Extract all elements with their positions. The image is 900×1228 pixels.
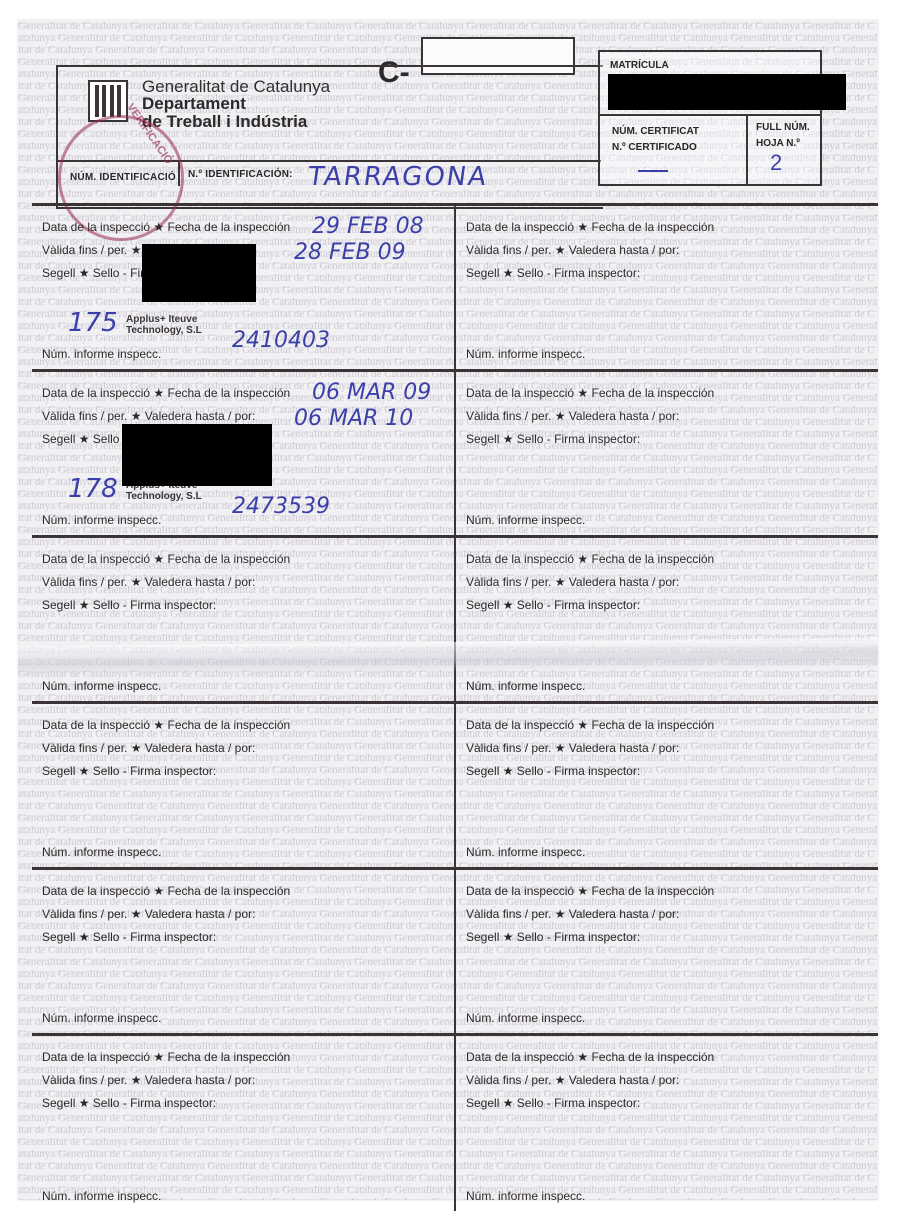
inspection-entry: Data de la inspecció ★ Fecha de la inspe… [32,372,454,535]
certificate-label-ca: NÚM. CERTIFICAT [612,126,699,137]
inspection-entry: Data de la inspecció ★ Fecha de la inspe… [454,704,878,867]
valid-until-label: Vàlida fins / per. ★ Valedera hasta / po… [466,903,878,926]
inspection-row: Data de la inspecció ★ Fecha de la inspe… [32,535,878,701]
department-name: Departament de Treball i Indústria [142,95,307,131]
seal-signature-label: Segell ★ Sello - Firma inspector: [466,262,878,285]
inspection-entry: Data de la inspecció ★ Fecha de la inspe… [454,870,878,1033]
inspection-entry: Data de la inspecció ★ Fecha de la inspe… [32,206,454,369]
report-number-label: Núm. informe inspecc. [466,347,585,361]
inspection-entry: Data de la inspecció ★ Fecha de la inspe… [32,1036,454,1211]
sheet-label-ca: FULL NÚM. [756,122,810,133]
plate-split-rule [600,114,820,116]
report-number-label: Núm. informe inspecc. [42,679,161,693]
inspection-date-label: Data de la inspecció ★ Fecha de la inspe… [42,714,454,737]
valid-until-label: Vàlida fins / per. ★ Valedera hasta / po… [466,1069,878,1092]
signature-mark: 178 [68,474,118,504]
valid-until-value[interactable]: 06 MAR 10 [294,406,413,431]
inspection-entry: Data de la inspecció ★ Fecha de la inspe… [454,1036,878,1211]
seal-signature-label: Segell ★ Sello - Firma inspector: [466,428,878,451]
seal-signature-label: Segell ★ Sello - Firma inspector: [42,926,454,949]
seal-signature-label: Segell ★ Sello - Firma inspector: [466,594,878,617]
plate-redaction [608,74,846,110]
report-number-label: Núm. informe inspecc. [42,845,161,859]
inspection-date-label: Data de la inspecció ★ Fecha de la inspe… [466,548,878,571]
inspection-entry: Data de la inspecció ★ Fecha de la inspe… [32,704,454,867]
inspection-entry: Data de la inspecció ★ Fecha de la inspe… [32,870,454,1033]
inspection-date-label: Data de la inspecció ★ Fecha de la inspe… [42,548,454,571]
id-value[interactable]: TARRAGONA [306,162,490,192]
report-number-label: Núm. informe inspecc. [466,513,585,527]
report-number-label: Núm. informe inspecc. [42,513,161,527]
valid-until-value[interactable]: 28 FEB 09 [294,240,406,265]
report-number-label: Núm. informe inspecc. [42,347,161,361]
sheet-number-value[interactable]: 2 [770,150,782,176]
inspection-date-value[interactable]: 29 FEB 08 [312,214,424,239]
seal-signature-label: Segell ★ Sello - Firma inspector: [466,760,878,783]
inspection-row: Data de la inspecció ★ Fecha de la inspe… [32,867,878,1033]
inspection-date-label: Data de la inspecció ★ Fecha de la inspe… [466,880,878,903]
seal-signature-label: Segell ★ Sello - Firma inspector: [42,1092,454,1115]
sheet-label-es: HOJA N.º [756,138,800,149]
inspection-date-value[interactable]: 06 MAR 09 [312,380,431,405]
inspection-date-label: Data de la inspecció ★ Fecha de la inspe… [466,382,878,405]
valid-until-label: Vàlida fins / per. ★ Valedera hasta / po… [42,737,454,760]
valid-until-label: Vàlida fins / per. ★ Valedera hasta / po… [466,405,878,428]
inspection-date-label: Data de la inspecció ★ Fecha de la inspe… [466,1046,878,1069]
valid-until-label: Vàlida fins / per. ★ Valedera hasta / po… [42,903,454,926]
certificate-label-es: N.º CERTIFICADO [612,142,697,153]
seal-redaction [122,424,272,486]
seal-redaction [142,244,256,302]
report-number-label: Núm. informe inspecc. [42,1189,161,1203]
inspection-row: Data de la inspecció ★ Fecha de la inspe… [32,701,878,867]
report-number-value[interactable]: 2473539 [232,494,330,519]
report-number-label: Núm. informe inspecc. [466,679,585,693]
inspection-date-label: Data de la inspecció ★ Fecha de la inspe… [42,880,454,903]
report-number-label: Núm. informe inspecc. [466,1011,585,1025]
id-label-ca: NÚM. IDENTIFICACIÓ [70,172,176,183]
plate-label: MATRÍCULA [610,60,669,71]
valid-until-label: Vàlida fins / per. ★ Valedera hasta / po… [466,571,878,594]
inspection-row: Data de la inspecció ★ Fecha de la inspe… [32,1033,878,1211]
id-separator [178,162,180,186]
valid-until-label: Vàlida fins / per. ★ Valedera hasta / po… [466,239,878,262]
inspection-row: Data de la inspecció ★ Fecha de la inspe… [32,369,878,535]
inspection-date-label: Data de la inspecció ★ Fecha de la inspe… [466,714,878,737]
certificate-value-mark[interactable] [638,170,668,172]
report-number-label: Núm. informe inspecc. [466,845,585,859]
inspection-sheet: Generalitat de Catalunya Generalitat de … [18,20,878,1200]
report-number-label: Núm. informe inspecc. [466,1189,585,1203]
inspection-entry: Data de la inspecció ★ Fecha de la inspe… [454,206,878,369]
seal-signature-label: Segell ★ Sello - Firma inspector: [466,926,878,949]
report-number-label: Núm. informe inspecc. [42,1011,161,1025]
seal-signature-label: Segell ★ Sello - Firma inspector: [466,1092,878,1115]
inspection-date-label: Data de la inspecció ★ Fecha de la inspe… [42,1046,454,1069]
seal-signature-label: Segell ★ Sello - Firma inspector: [42,594,454,617]
valid-until-label: Vàlida fins / per. ★ Valedera hasta / po… [42,571,454,594]
plate-vertical-rule [746,114,748,184]
inspection-grid: Data de la inspecció ★ Fecha de la inspe… [32,203,878,1211]
inspection-entry: Data de la inspecció ★ Fecha de la inspe… [32,538,454,701]
inspection-company: Applus+ Iteuve Technology, S.L [126,314,206,336]
seal-signature-label: Segell ★ Sello - Firma inspector: [42,760,454,783]
valid-until-label: Vàlida fins / per. ★ Valedera hasta / po… [42,1069,454,1092]
plate-box: MATRÍCULA NÚM. CERTIFICAT N.º CERTIFICAD… [598,50,822,186]
inspection-row: Data de la inspecció ★ Fecha de la inspe… [32,203,878,369]
inspection-entry: Data de la inspecció ★ Fecha de la inspe… [454,538,878,701]
valid-until-label: Vàlida fins / per. ★ Valedera hasta / po… [466,737,878,760]
report-number-value[interactable]: 2410403 [232,328,330,353]
generalitat-logo-icon [88,80,128,122]
inspection-date-label: Data de la inspecció ★ Fecha de la inspe… [466,216,878,239]
inspection-entry: Data de la inspecció ★ Fecha de la inspe… [454,372,878,535]
signature-mark: 175 [68,308,118,338]
id-label-es: N.º IDENTIFICACIÓN: [188,169,293,180]
